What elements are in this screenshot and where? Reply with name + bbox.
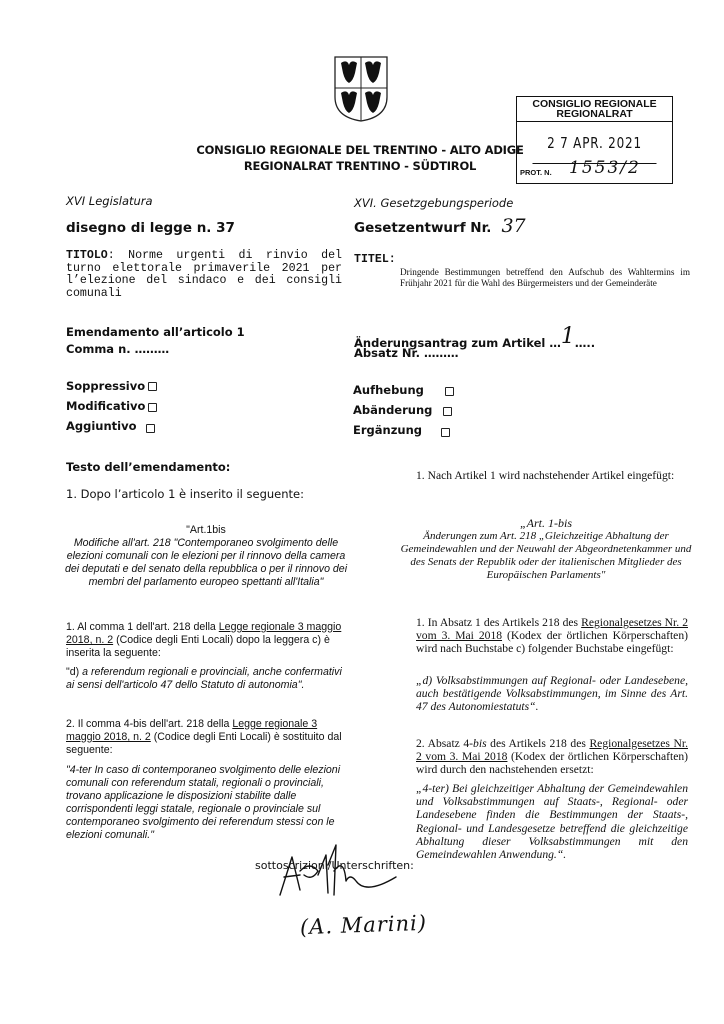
checkbox-modificativo[interactable] xyxy=(148,403,157,412)
paragraph-2-it: 2. Il comma 4-bis dell'art. 218 della Le… xyxy=(66,718,352,757)
option-ergaenzung[interactable]: Ergänzung xyxy=(353,423,422,437)
coat-of-arms-icon xyxy=(333,55,389,123)
option-label: Soppressivo xyxy=(66,379,145,393)
d-prefix: "d) xyxy=(66,666,82,678)
p2-text-b: des Artikels 218 des xyxy=(487,737,590,750)
article-title-de: Änderungen zum Art. 218 „Gleichzeitige A… xyxy=(400,530,692,582)
letter-d-de: „d) Volksabstimmungen auf Regional- oder… xyxy=(416,674,688,714)
signatory-name: (A. Marini) xyxy=(300,911,428,939)
title-label-de: TITEL: xyxy=(354,253,396,266)
bill-label-de: Gesetzentwurf Nr. xyxy=(354,220,491,236)
title-label-it: TITOLO xyxy=(66,249,108,262)
reception-stamp: CONSIGLIO REGIONALE REGIONALRAT 2 7 APR.… xyxy=(516,96,673,184)
amendment-article-it: Emendamento all’articolo 1 xyxy=(66,325,245,339)
header-line-it: CONSIGLIO REGIONALE DEL TRENTINO - ALTO … xyxy=(150,143,570,157)
letter-d-it: "d) a referendum regionali e provinciali… xyxy=(66,666,352,692)
new-article-heading-de: „Art. 1-bis Änderungen zum Art. 218 „Gle… xyxy=(400,517,692,582)
stamp-prot-label: PROT. N. xyxy=(520,168,552,177)
paragraph-1-de: 1. In Absatz 1 des Artikels 218 des Regi… xyxy=(416,616,688,656)
absatz-number-de: Absatz Nr. ……… xyxy=(354,346,458,360)
bill-title-it: TITOLO: Norme urgenti di rinvio del turn… xyxy=(66,250,342,300)
title-text-de: Dringende Bestimmungen betreffend den Au… xyxy=(400,267,690,288)
stamp-prot-number: 1553/2 xyxy=(569,159,641,177)
stamp-protocol: PROT. N. 1553/2 xyxy=(517,164,672,182)
option-soppressivo[interactable]: Soppressivo xyxy=(66,379,145,393)
bill-number-it: disegno di legge n. 37 xyxy=(66,220,235,236)
option-abaenderung[interactable]: Abänderung xyxy=(353,403,432,417)
header-line-de: REGIONALRAT TRENTINO - SÜDTIROL xyxy=(150,159,570,173)
paragraph-1-it: 1. Al comma 1 dell'art. 218 della Legge … xyxy=(66,621,352,660)
d-text: a referendum regionali e provinciali, an… xyxy=(66,666,342,691)
option-label: Modificativo xyxy=(66,399,145,413)
p1-text-a: 1. In Absatz 1 des Artikels 218 des xyxy=(416,616,581,629)
paragraph-2-de: 2. Absatz 4-bis des Artikels 218 des Reg… xyxy=(416,737,688,777)
article-number-it: "Art.1bis xyxy=(60,524,352,537)
amendment-text-label: Testo dell’emendamento: xyxy=(66,460,230,474)
stamp-org: CONSIGLIO REGIONALE REGIONALRAT xyxy=(517,97,672,122)
p2-text-a: 2. Il comma 4-bis dell'art. 218 della xyxy=(66,718,232,730)
amendment-intro-it: 1. Dopo l’articolo 1 è inserito il segue… xyxy=(66,487,304,501)
option-label: Ergänzung xyxy=(353,423,422,437)
handwritten-signature xyxy=(270,835,480,905)
p2-bis: bis xyxy=(473,737,487,750)
title-text-it: : Norme urgenti di rinvio del turno elet… xyxy=(66,249,342,300)
p1-text-a: 1. Al comma 1 dell'art. 218 della xyxy=(66,621,219,633)
stamp-org-de: REGIONALRAT xyxy=(517,109,672,119)
checkbox-aufhebung[interactable] xyxy=(445,387,454,396)
option-label: Aggiuntivo xyxy=(66,419,137,433)
option-aufhebung[interactable]: Aufhebung xyxy=(353,383,424,397)
amendment-article-handwritten: 1 xyxy=(561,324,575,349)
option-label: Abänderung xyxy=(353,403,432,417)
article-number-de: „Art. 1-bis xyxy=(400,517,692,530)
article-title-it: Modifiche all'art. 218 "Contemporaneo sv… xyxy=(60,537,352,589)
legislature-it: XVI Legislatura xyxy=(66,194,153,208)
option-modificativo[interactable]: Modificativo xyxy=(66,399,145,413)
p2-text-a: 2. Absatz 4- xyxy=(416,737,473,750)
bill-number-de: Gesetzentwurf Nr.37 xyxy=(354,215,526,237)
checkbox-aggiuntivo[interactable] xyxy=(146,424,155,433)
comma-number-it: Comma n. ……… xyxy=(66,342,169,356)
amendment-intro-de: 1. Nach Artikel 1 wird nachstehender Art… xyxy=(416,469,688,482)
checkbox-abaenderung[interactable] xyxy=(443,407,452,416)
checkbox-ergaenzung[interactable] xyxy=(441,428,450,437)
paragraph-4ter-it: "4-ter In caso di contemporaneo svolgime… xyxy=(66,764,352,842)
option-label: Aufhebung xyxy=(353,383,424,397)
new-article-heading-it: "Art.1bis Modifiche all'art. 218 "Contem… xyxy=(60,524,352,589)
bill-number-handwritten: 37 xyxy=(501,215,525,237)
checkbox-soppressivo[interactable] xyxy=(148,382,157,391)
option-aggiuntivo[interactable]: Aggiuntivo xyxy=(66,419,137,433)
legislature-de: XVI. Gesetzgebungsperiode xyxy=(354,196,513,210)
